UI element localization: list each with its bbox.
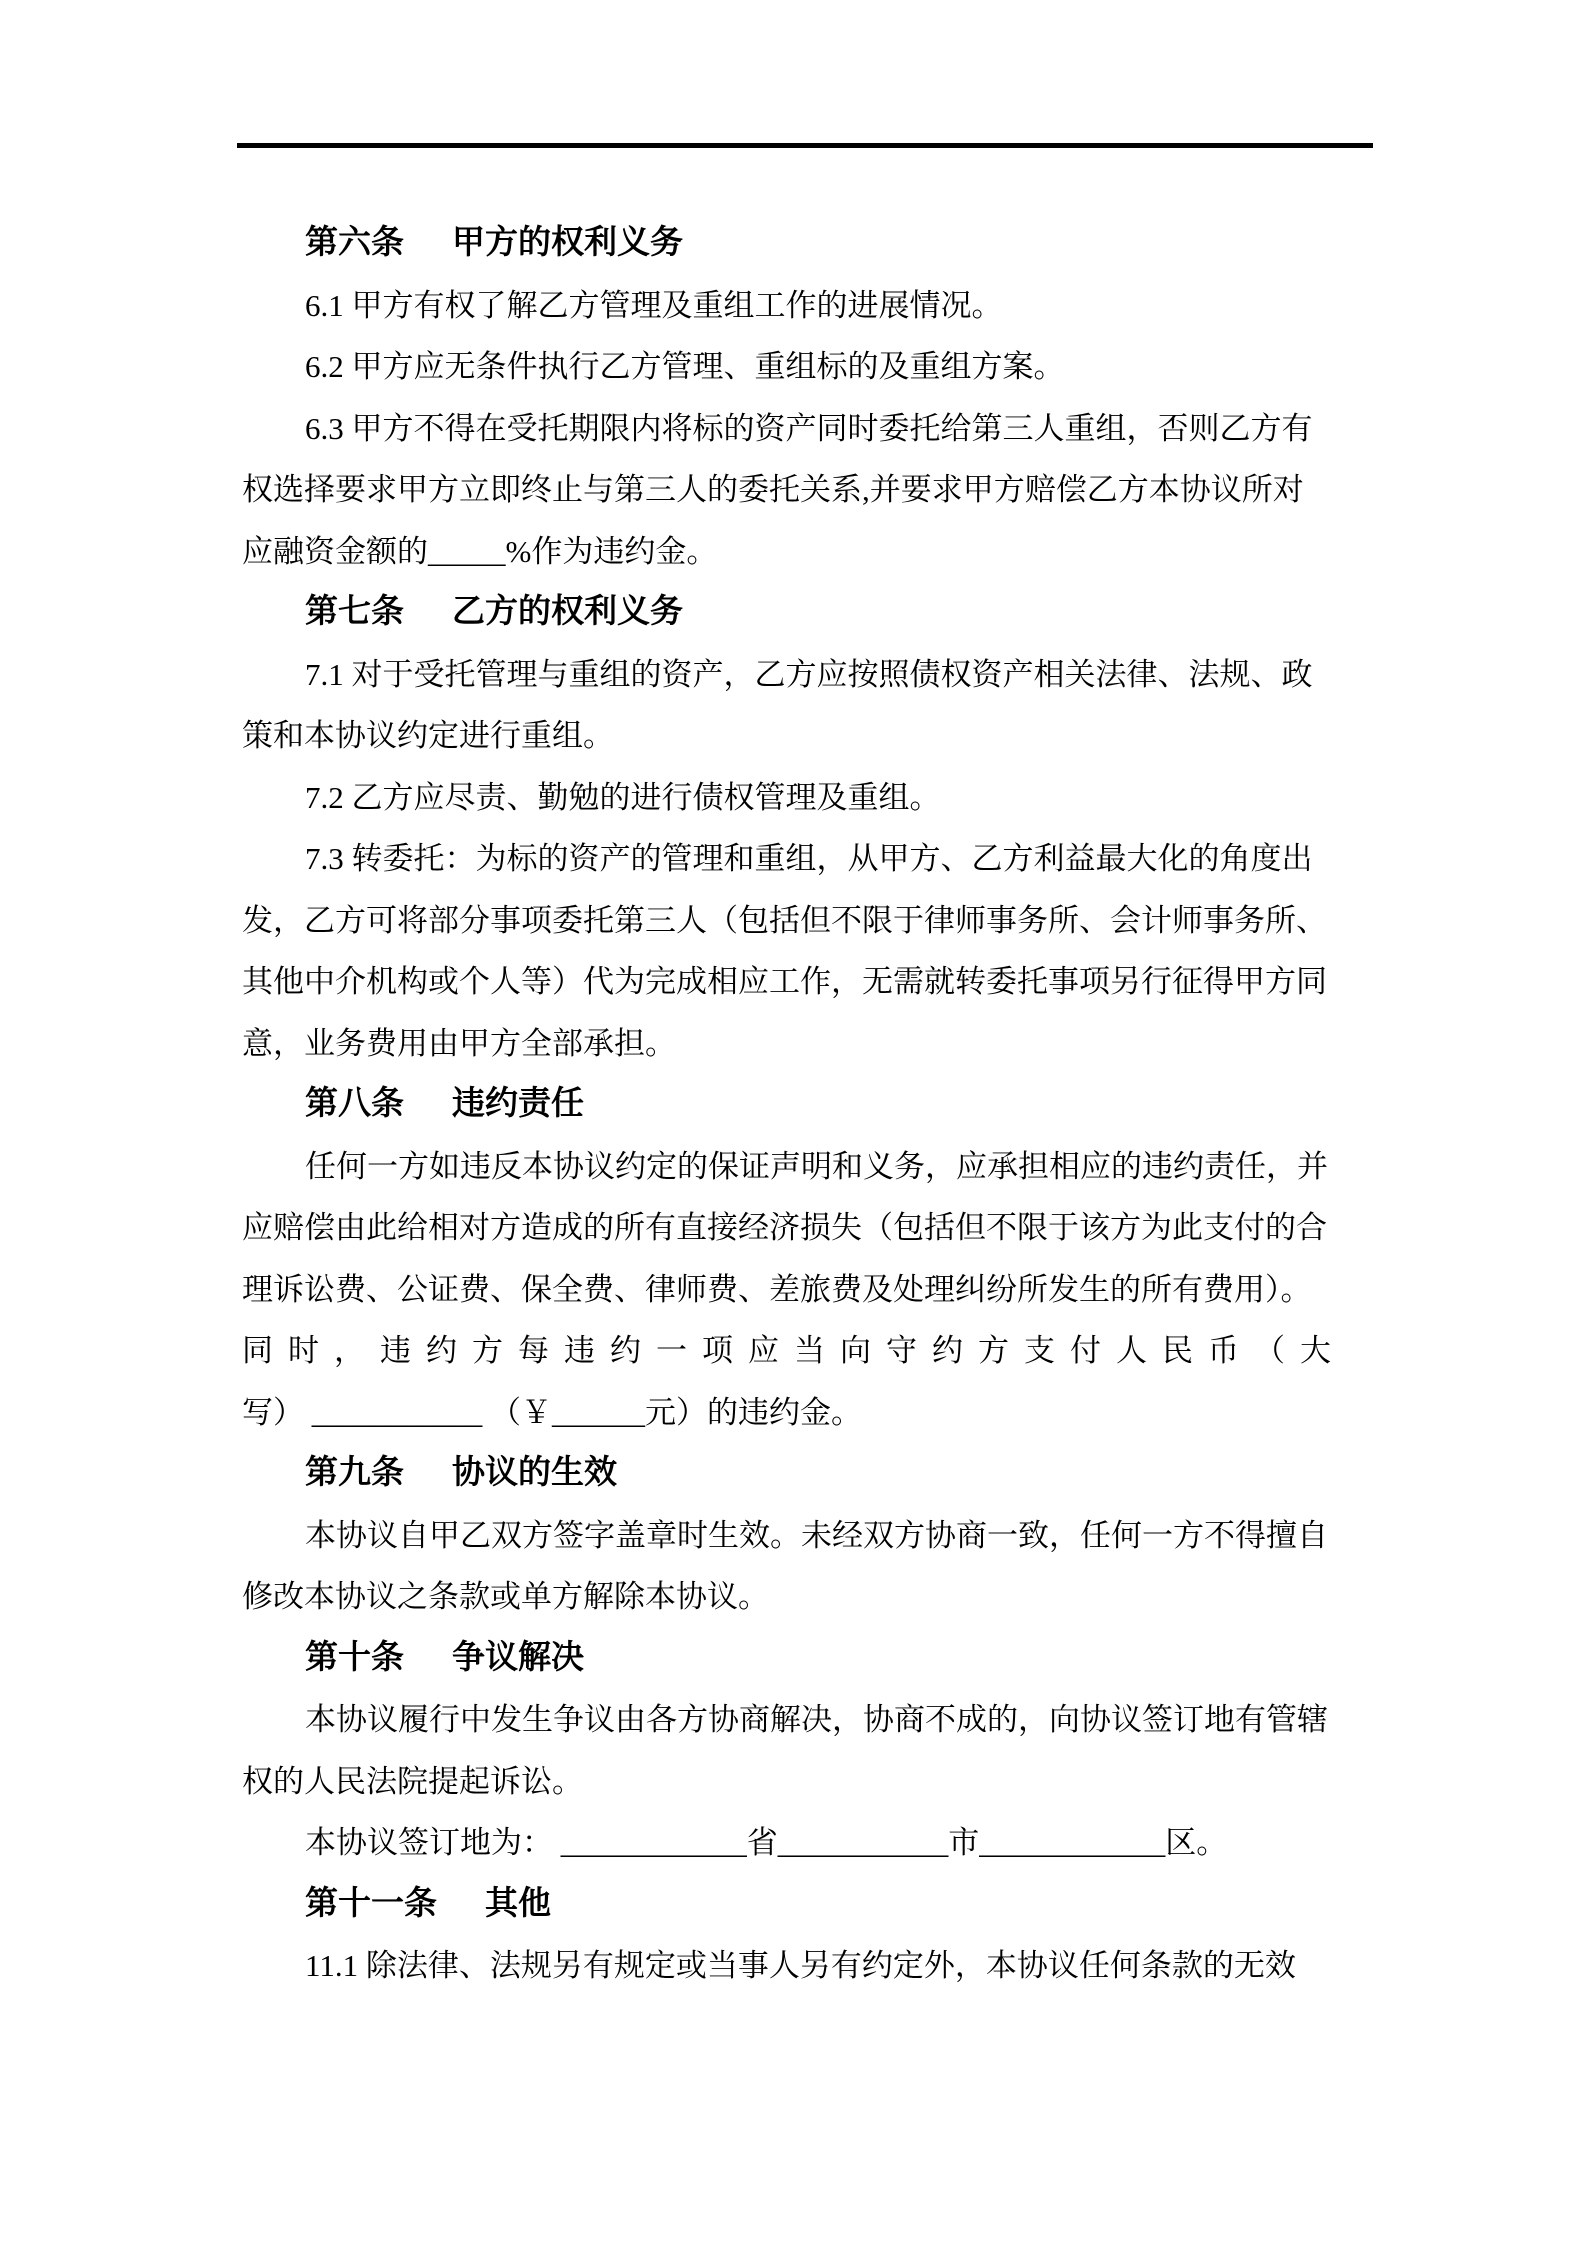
header-rule (237, 143, 1373, 148)
text-line: 意，业务费用由甲方全部承担。 (242, 1013, 1352, 1075)
text-line: 6.2 甲方应无条件执行乙方管理、重组标的及重组方案。 (242, 336, 1352, 398)
heading-number: 第七条 (305, 594, 404, 630)
section-heading: 第十条争议解决 (242, 1628, 1352, 1690)
section-heading: 第九条协议的生效 (242, 1443, 1352, 1505)
document-body: 第六条甲方的权利义务6.1 甲方有权了解乙方管理及重组工作的进展情况。6.2 甲… (242, 213, 1352, 1997)
heading-number: 第十条 (305, 1640, 404, 1676)
text-line: 写） ___________ （￥______元）的违约金。 (242, 1382, 1352, 1444)
text-line: 任何一方如违反本协议约定的保证声明和义务，应承担相应的违约责任，并 (242, 1136, 1352, 1198)
text-line: 本协议自甲乙双方签字盖章时生效。未经双方协商一致，任何一方不得擅自 (242, 1505, 1352, 1567)
heading-number: 第六条 (305, 225, 404, 261)
text-line: 同时，违约方每违约一项应当向守约方支付人民币（大 (242, 1320, 1352, 1382)
heading-number: 第九条 (305, 1455, 404, 1491)
section-heading: 第十一条其他 (242, 1874, 1352, 1936)
text-line: 其他中介机构或个人等）代为完成相应工作，无需就转委托事项另行征得甲方同 (242, 951, 1352, 1013)
heading-title: 乙方的权利义务 (452, 594, 683, 630)
text-line: 修改本协议之条款或单方解除本协议。 (242, 1566, 1352, 1628)
heading-title: 违约责任 (452, 1086, 584, 1122)
text-line: 发，乙方可将部分事项委托第三人（包括但不限于律师事务所、会计师事务所、 (242, 890, 1352, 952)
text-line: 理诉讼费、公证费、保全费、律师费、差旅费及处理纠纷所发生的所有费用）。 (242, 1259, 1352, 1321)
heading-title: 其他 (485, 1886, 551, 1922)
heading-title: 协议的生效 (452, 1455, 617, 1491)
section-heading: 第六条甲方的权利义务 (242, 213, 1352, 275)
text-line: 应融资金额的_____%作为违约金。 (242, 521, 1352, 583)
page: 第六条甲方的权利义务6.1 甲方有权了解乙方管理及重组工作的进展情况。6.2 甲… (0, 0, 1587, 2245)
text-line: 本协议履行中发生争议由各方协商解决，协商不成的，向协议签订地有管辖 (242, 1689, 1352, 1751)
text-line: 应赔偿由此给相对方造成的所有直接经济损失（包括但不限于该方为此支付的合 (242, 1197, 1352, 1259)
heading-number: 第八条 (305, 1086, 404, 1122)
text-line: 权的人民法院提起诉讼。 (242, 1751, 1352, 1813)
heading-title: 争议解决 (452, 1640, 584, 1676)
text-line: 11.1 除法律、法规另有规定或当事人另有约定外，本协议任何条款的无效 (242, 1935, 1352, 1997)
heading-title: 甲方的权利义务 (452, 225, 683, 261)
heading-number: 第十一条 (305, 1886, 437, 1922)
text-line: 6.3 甲方不得在受托期限内将标的资产同时委托给第三人重组，否则乙方有 (242, 398, 1352, 460)
text-line: 策和本协议约定进行重组。 (242, 705, 1352, 767)
text-line: 7.1 对于受托管理与重组的资产，乙方应按照债权资产相关法律、法规、政 (242, 644, 1352, 706)
section-heading: 第八条违约责任 (242, 1074, 1352, 1136)
text-line: 本协议签订地为： ____________省___________市______… (242, 1812, 1352, 1874)
text-line: 7.3 转委托：为标的资产的管理和重组，从甲方、乙方利益最大化的角度出 (242, 828, 1352, 890)
text-line: 7.2 乙方应尽责、勤勉的进行债权管理及重组。 (242, 767, 1352, 829)
section-heading: 第七条乙方的权利义务 (242, 582, 1352, 644)
text-line: 权选择要求甲方立即终止与第三人的委托关系,并要求甲方赔偿乙方本协议所对 (242, 459, 1352, 521)
text-line: 6.1 甲方有权了解乙方管理及重组工作的进展情况。 (242, 275, 1352, 337)
